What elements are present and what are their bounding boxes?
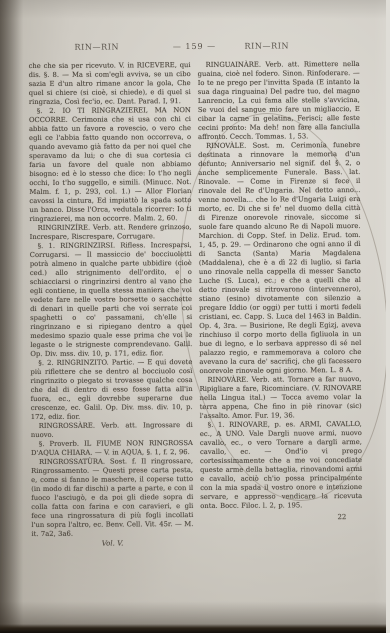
- column-right: RINGUAINÀRE. Verb. att. Rimettere nella …: [198, 60, 363, 548]
- entry-rinovale: RINOVÀLE. Sost. m. Cerimonia funebre des…: [198, 141, 361, 376]
- running-head-left: RIN—RIN: [74, 42, 119, 51]
- entry-ringuainare: RINGUAINÀRE. Verb. att. Rimettere nella …: [198, 60, 360, 142]
- scanned-book-page: RIN—RIN — 159 — RIN—RIN che che sia per …: [0, 0, 390, 633]
- entry-ringrazierei-sense: §. 2. IO TI RINGRAZIEREI, MA NON OCCORRE…: [29, 106, 192, 224]
- page-content: RIN—RIN — 159 — RIN—RIN che che sia per …: [28, 41, 363, 549]
- entry-ringrinzire-s2: §. 2. RINGRINZITO. Partic. — E qui dovet…: [30, 358, 192, 422]
- signature-number: 22: [200, 513, 362, 523]
- entry-ringrossare-proverb: §. Proverb. IL FIUME NON RINGROSSA D'AQU…: [31, 439, 193, 458]
- entry-ringrossare: RINGROSSÀRE. Verb. att. Ingrossare di nu…: [31, 421, 193, 440]
- entry-rinovare-s1: §. 1. RINOVARE, p. es. ARMI, CAVALLO, ec…: [200, 420, 363, 511]
- page-edge-bottom: [0, 624, 390, 633]
- page-edge-right: [386, 0, 390, 633]
- entry-rinovare: RINOVÀRE. Verb. att. Tornare a far nuovo…: [199, 375, 361, 421]
- running-head-right: RIN—RIN: [244, 41, 289, 50]
- running-head: RIN—RIN — 159 — RIN—RIN: [28, 41, 360, 56]
- paragraph-continuation: che che sia per ricevuto. V. in RICEVERE…: [29, 61, 191, 107]
- entry-ringrinzire-s1: §. 1. RINGRINZIRSI. Rifless. Incresparsi…: [30, 241, 193, 359]
- entry-ringrinzire: RINGRINZÍRE. Verb. att. Rendere grinzoso…: [30, 223, 192, 242]
- entry-ringrossatura: RINGROSSATÙRA. Sost. f. Il ringrossare, …: [31, 457, 193, 539]
- text-columns: che che sia per ricevuto. V. in RICEVERE…: [29, 60, 364, 549]
- page-number: — 159 —: [173, 42, 216, 51]
- page-edge-left: [0, 0, 11, 633]
- column-left: che che sia per ricevuto. V. in RICEVERE…: [29, 61, 194, 549]
- volume-footer: Vol. V.: [31, 539, 193, 549]
